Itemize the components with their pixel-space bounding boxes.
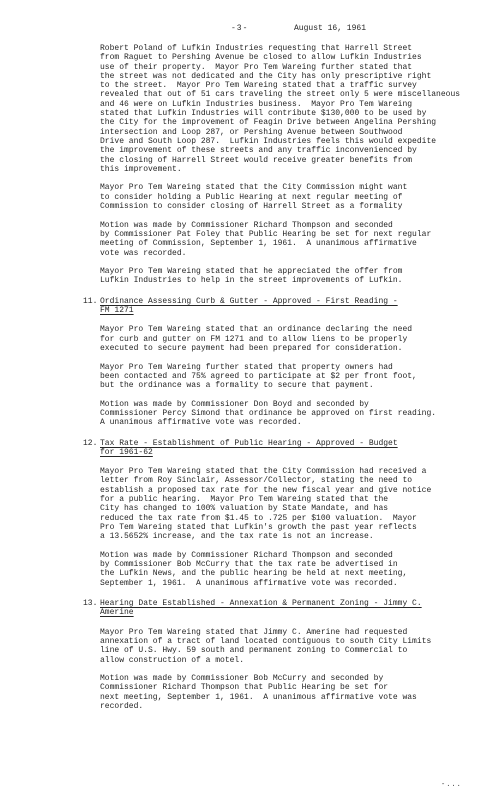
agenda-item-13: 13. Hearing Date Established - Annexatio… (100, 599, 466, 711)
item-11-number: 11. (83, 297, 97, 306)
item-13-heading: Hearing Date Established - Annexation & … (100, 599, 466, 618)
document-body: Robert Poland of Lufkin Industries reque… (100, 44, 466, 721)
scanned-document-page: -3- August 16, 1961 Robert Poland of Luf… (0, 0, 487, 800)
item-13-paragraph-annexation-request: Mayor Pro Tem Wareing stated that Jimmy … (100, 628, 466, 665)
agenda-item-11: 11. Ordinance Assessing Curb & Gutter - … (100, 297, 466, 428)
item-12-heading: Tax Rate - Establishment of Public Heari… (100, 439, 466, 458)
item-12-number: 12. (83, 439, 97, 448)
paragraph-appreciation-offer: Mayor Pro Tem Wareing stated that he app… (100, 267, 466, 286)
page-number: -3- (231, 24, 248, 33)
agenda-item-12: 12. Tax Rate - Establishment of Public H… (100, 439, 466, 588)
item-11-paragraph-ordinance-need: Mayor Pro Tem Wareing stated that an ord… (100, 325, 466, 353)
item-11-paragraph-property-owners: Mayor Pro Tem Wareing further stated tha… (100, 363, 466, 391)
item-12-paragraph-tax-rate-letter: Mayor Pro Tem Wareing stated that the Ci… (100, 467, 466, 541)
item-12-paragraph-motion-thompson-mccurry: Motion was made by Commissioner Richard … (100, 551, 466, 588)
item-13-paragraph-motion-mccurry-thompson: Motion was made by Commissioner Bob McCu… (100, 674, 466, 711)
page-header: -3- August 16, 1961 (0, 24, 487, 36)
item-11-paragraph-motion-boyd-simond: Motion was made by Commissioner Don Boyd… (100, 400, 466, 428)
paragraph-motion-thompson-foley: Motion was made by Commissioner Richard … (100, 221, 466, 258)
paragraph-public-hearing-suggestion: Mayor Pro Tem Wareing stated that the Ci… (100, 183, 466, 211)
item-11-heading: Ordinance Assessing Curb & Gutter - Appr… (100, 297, 466, 316)
scan-artifact-mark: -... (441, 781, 462, 790)
page-date: August 16, 1961 (294, 24, 366, 33)
paragraph-harrell-street-closing: Robert Poland of Lufkin Industries reque… (100, 44, 466, 174)
item-13-number: 13. (83, 599, 97, 608)
